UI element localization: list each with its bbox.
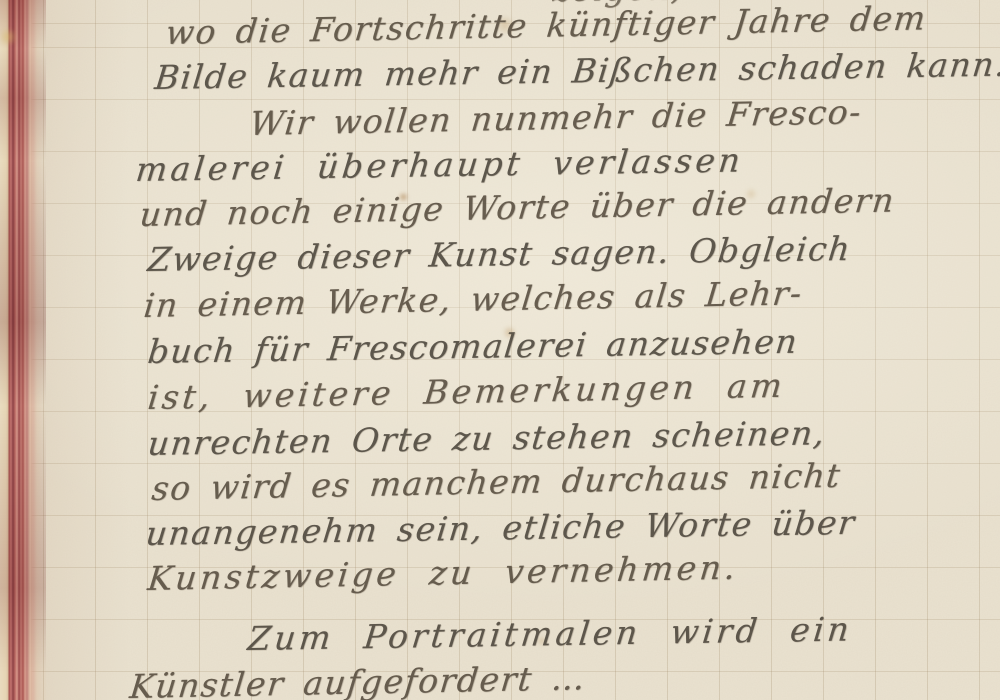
handwritten-line-2: Bilde kaum mehr ein Bißchen schaden kann… [153,48,1000,94]
handwritten-line-5: und noch einige Worte über die andern [138,183,896,231]
binding-edge [0,0,46,700]
handwritten-line-15: Künstler aufgefordert … [128,661,588,700]
handwritten-line-3: Wir wollen nunmehr die Fresco- [248,95,863,140]
handwritten-line-1: wo die Fortschritte künftiger Jahre dem [164,1,928,49]
handwritten-line-12: unangenehm sein, etliche Worte über [144,506,857,550]
handwritten-line-13: Kunstzweige zu vernehmen. [146,551,740,595]
handwritten-line-4: malerei überhaupt verlassen [134,143,745,186]
handwritten-line-8: buch für Frescomalerei anzusehen [146,325,800,368]
manuscript-page: — zeigen, wo die Fortschritte künftiger … [0,0,1000,700]
handwritten-line-14: Zum Portraitmalen wird ein [246,612,854,655]
handwritten-line-9: ist, weitere Bemerkungen am [146,369,787,414]
handwritten-line-10: unrechten Orte zu stehen scheinen, [146,416,827,460]
handwritten-line-11: so wird es manchem durchaus nicht [150,459,843,505]
handwritten-line-6: Zweige dieser Kunst sagen. Obgleich [146,232,853,276]
handwritten-line-7: in einem Werke, welches als Lehr- [142,276,804,322]
paper-stain [0,26,16,48]
